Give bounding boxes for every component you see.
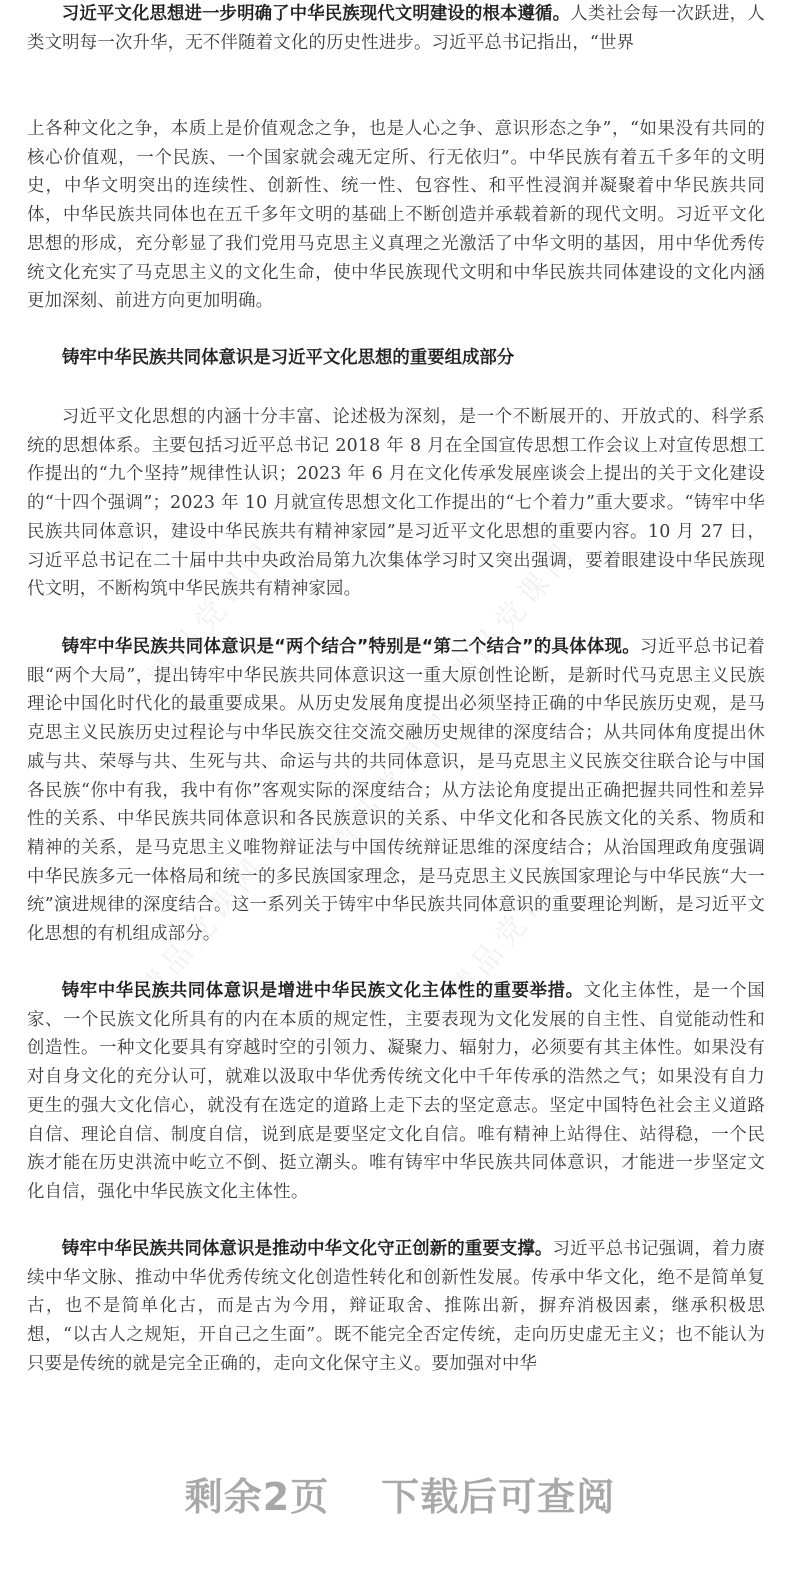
page-break-gap: [0, 62, 800, 102]
document-page: 精品党课网 精品党课网 精品党课网 精品党课网 精品党课网 习近平文化思想进一步…: [0, 0, 800, 1596]
paragraph-cultural-subjectivity: 铸牢中华民族共同体意识是增进中华民族文化主体性的重要举措。文化主体性，是一个国家…: [27, 977, 765, 1207]
paragraph-bold-lead: 铸牢中华民族共同体意识是“两个结合”特别是“第二个结合”的具体体现。: [62, 637, 640, 657]
paragraph-bold-lead: 习近平文化思想进一步明确了中华民族现代文明建设的根本遵循。: [62, 4, 570, 24]
paragraph-bold-lead: 铸牢中华民族共同体意识是增进中华民族文化主体性的重要举措。: [62, 981, 584, 1001]
paragraph-bold-lead: 铸牢中华民族共同体意识是推动中华文化守正创新的重要支撑。: [62, 1239, 553, 1259]
paragraph-body: 习近平总书记着眼“两个大局”，提出铸牢中华民族共同体意识这一重大原创性论断，是新…: [27, 637, 765, 944]
remaining-pages-banner[interactable]: 剩余2页下载后可查阅: [0, 1466, 800, 1521]
paragraph-body: 上各种文化之争，本质上是价值观念之争，也是人心之争、意识形态之争”，“如果没有共…: [27, 119, 765, 311]
paragraph-innovation-support: 铸牢中华民族共同体意识是推动中华文化守正创新的重要支撑。习近平总书记强调，着力赓…: [27, 1235, 765, 1379]
paragraph-thought-system: 习近平文化思想的内涵十分丰富、论述极为深刻，是一个不断展开的、开放式的、科学系统…: [27, 403, 765, 604]
paragraph-civilization-foundation: 习近平文化思想进一步明确了中华民族现代文明建设的根本遵循。人类社会每一次跃进，人…: [27, 0, 765, 57]
paragraph-two-combinations: 铸牢中华民族共同体意识是“两个结合”特别是“第二个结合”的具体体现。习近平总书记…: [27, 633, 765, 949]
remaining-pages-label: 剩余2页: [185, 1475, 329, 1519]
download-hint-label: 下载后可查阅: [381, 1475, 615, 1519]
paragraph-body: 习近平文化思想的内涵十分丰富、论述极为深刻，是一个不断展开的、开放式的、科学系统…: [27, 407, 765, 599]
paragraph-body: 习近平总书记强调，着力赓续中华文脉、推动中华优秀传统文化创造性转化和创新性发展。…: [27, 1239, 765, 1374]
paragraph-civilization-foundation-continued: 上各种文化之争，本质上是价值观念之争，也是人心之争、意识形态之争”，“如果没有共…: [27, 115, 765, 316]
paragraph-body: 文化主体性，是一个国家、一个民族文化所具有的内在本质的规定性，主要表现为文化发展…: [27, 981, 765, 1202]
section-heading: 铸牢中华民族共同体意识是习近平文化思想的重要组成部分: [62, 344, 514, 372]
